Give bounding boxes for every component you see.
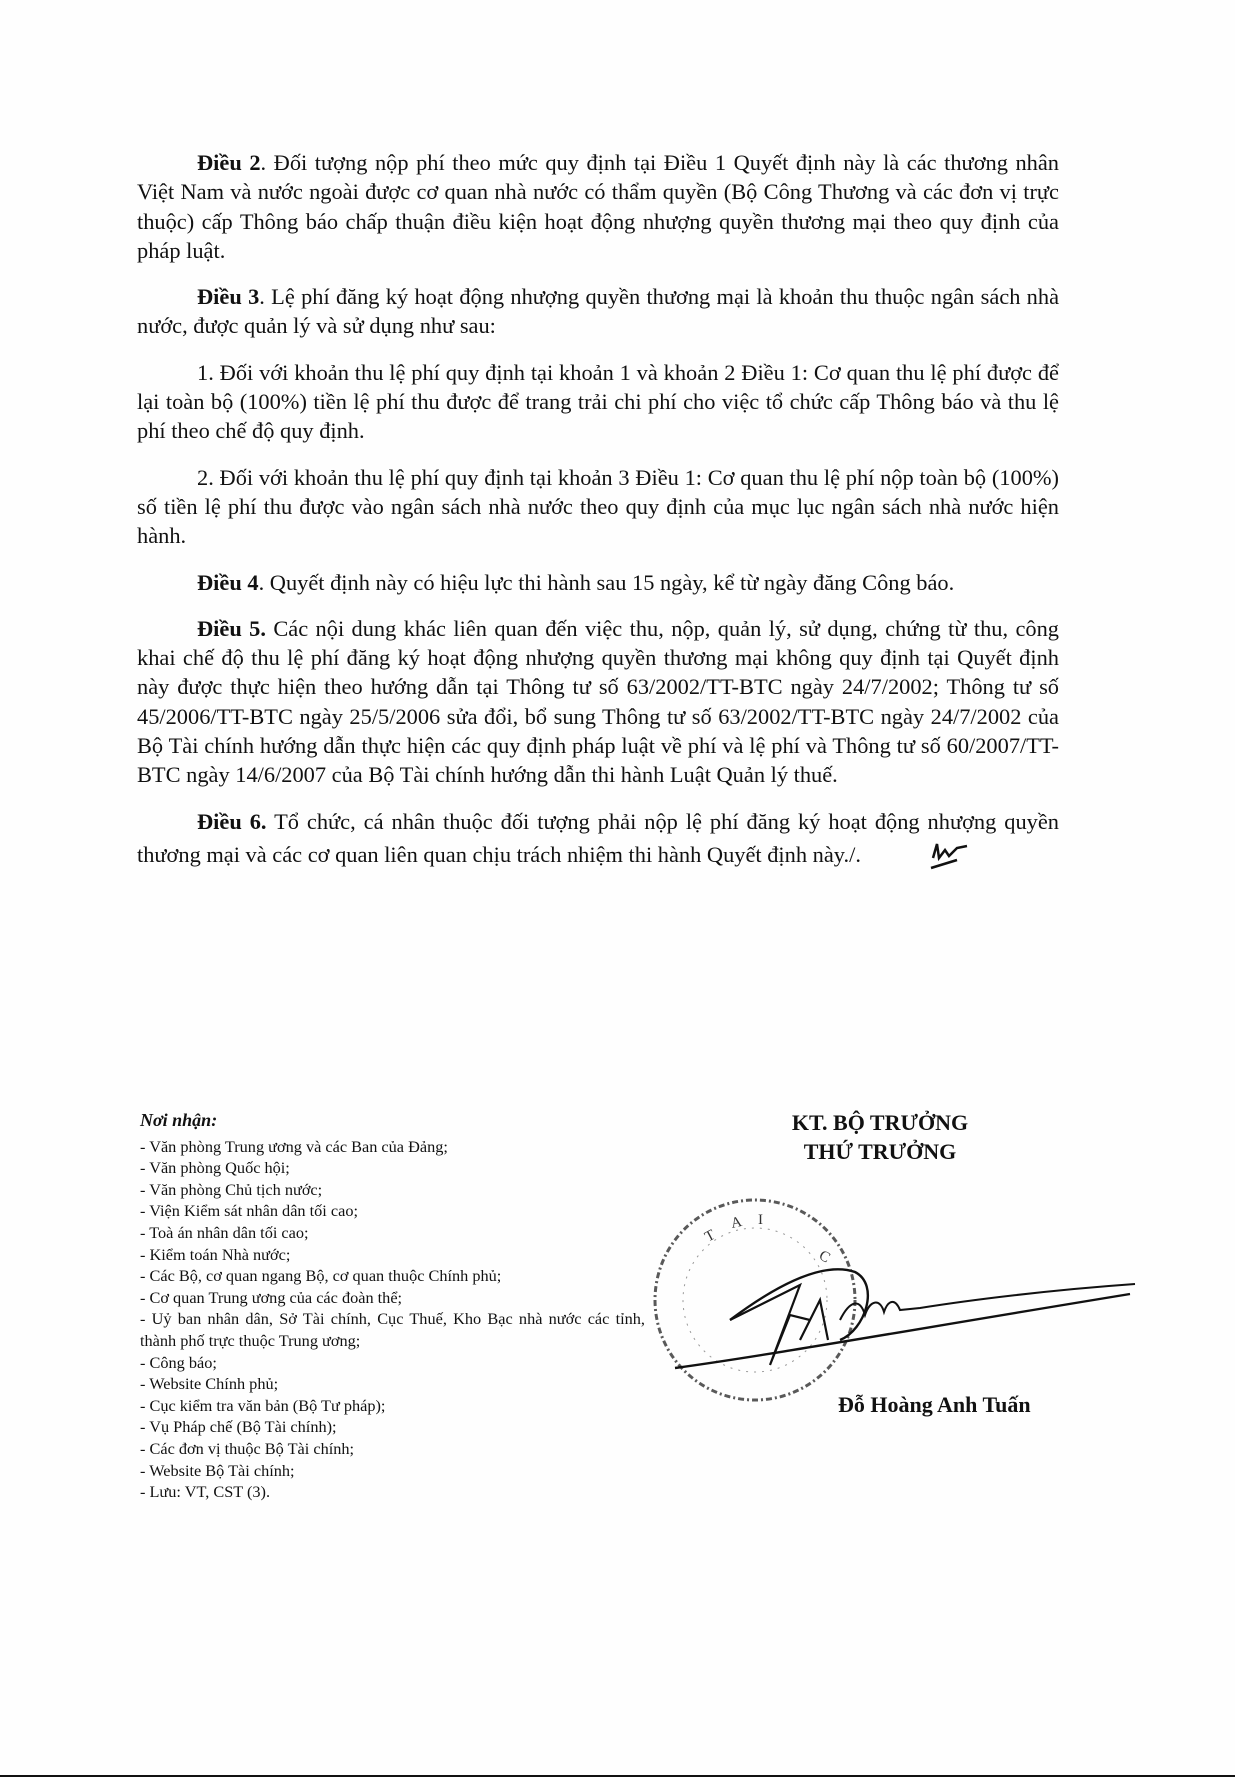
recipient-item: - Các Bộ, cơ quan ngang Bộ, cơ quan thuộ…	[140, 1265, 660, 1287]
svg-text:A: A	[730, 1214, 744, 1232]
recipient-item: - Uỷ ban nhân dân, Sở Tài chính, Cục Thu…	[140, 1308, 645, 1351]
article-text: . Quyết định này có hiệu lực thi hành sa…	[259, 570, 955, 595]
article-label: Điều 3	[197, 284, 259, 309]
recipients-block: Nơi nhận: - Văn phòng Trung ương và các …	[140, 1110, 660, 1503]
recipient-item: - Kiểm toán Nhà nước;	[140, 1244, 660, 1266]
document-page: Điều 2. Đối tượng nộp phí theo mức quy đ…	[0, 0, 1235, 1777]
recipients-title: Nơi nhận:	[140, 1110, 660, 1132]
recipient-item: - Viện Kiểm sát nhân dân tối cao;	[140, 1200, 660, 1222]
article-label: Điều 5.	[197, 616, 266, 641]
stamp-and-signature: T A I C	[650, 1190, 1180, 1420]
article-3-item-1: 1. Đối với khoản thu lệ phí quy định tại…	[137, 358, 1059, 446]
article-text: . Lệ phí đăng ký hoạt động nhượng quyền …	[137, 284, 1059, 338]
recipient-item: - Vụ Pháp chế (Bộ Tài chính);	[140, 1416, 660, 1438]
initials-mark-icon	[867, 836, 973, 877]
document-body: Điều 2. Đối tượng nộp phí theo mức quy đ…	[137, 148, 1059, 894]
recipient-item: - Website Chính phủ;	[140, 1373, 660, 1395]
article-4: Điều 4. Quyết định này có hiệu lực thi h…	[137, 568, 1059, 597]
recipient-item: - Văn phòng Chủ tịch nước;	[140, 1179, 660, 1201]
recipient-item: - Văn phòng Trung ương và các Ban của Đả…	[140, 1136, 660, 1158]
article-text: Các nội dung khác liên quan đến việc thu…	[137, 616, 1059, 787]
svg-text:T: T	[702, 1227, 718, 1245]
svg-text:C: C	[816, 1248, 833, 1267]
article-label: Điều 6.	[197, 809, 267, 834]
article-label: Điều 4	[197, 570, 259, 595]
recipient-item: - Các đơn vị thuộc Bộ Tài chính;	[140, 1438, 660, 1460]
recipient-item: - Công báo;	[140, 1352, 660, 1374]
article-text: . Đối tượng nộp phí theo mức quy định tạ…	[137, 150, 1059, 263]
recipient-item: - Toà án nhân dân tối cao;	[140, 1222, 660, 1244]
article-3-item-2: 2. Đối với khoản thu lệ phí quy định tại…	[137, 463, 1059, 551]
article-2: Điều 2. Đối tượng nộp phí theo mức quy đ…	[137, 148, 1059, 265]
svg-text:I: I	[758, 1212, 763, 1228]
recipient-item: - Văn phòng Quốc hội;	[140, 1157, 660, 1179]
recipient-item: - Cơ quan Trung ương của các đoàn thể;	[140, 1287, 660, 1309]
signer-title-block: KT. BỘ TRƯỞNG THỨ TRƯỞNG	[745, 1108, 1015, 1166]
signer-title-line2: THỨ TRƯỞNG	[745, 1137, 1015, 1166]
article-6: Điều 6. Tổ chức, cá nhân thuộc đối tượng…	[137, 807, 1059, 878]
recipient-item: - Cục kiểm tra văn bản (Bộ Tư pháp);	[140, 1395, 660, 1417]
signer-name: Đỗ Hoàng Anh Tuấn	[838, 1392, 1031, 1418]
article-3: Điều 3. Lệ phí đăng ký hoạt động nhượng …	[137, 282, 1059, 341]
recipient-item: - Website Bộ Tài chính;	[140, 1460, 660, 1482]
signer-title-line1: KT. BỘ TRƯỞNG	[745, 1108, 1015, 1137]
recipient-item: - Lưu: VT, CST (3).	[140, 1481, 660, 1503]
article-label: Điều 2	[197, 150, 261, 175]
article-5: Điều 5. Các nội dung khác liên quan đến …	[137, 614, 1059, 790]
official-stamp-icon: T A I C	[650, 1190, 1180, 1420]
